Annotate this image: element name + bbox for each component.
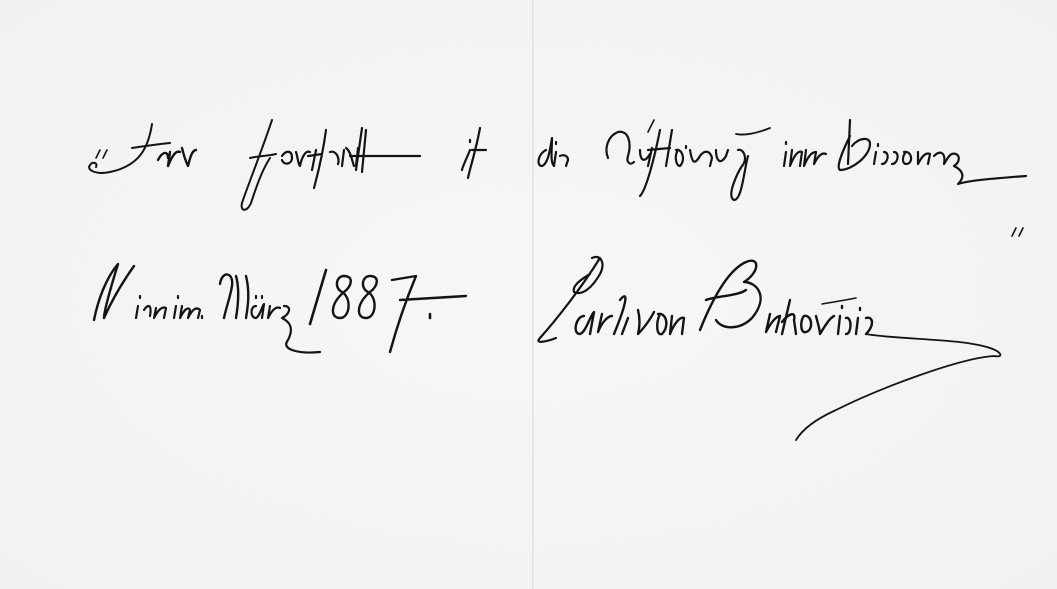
signature-handwriting [538, 257, 1000, 440]
handwriting-ink [0, 0, 1057, 589]
quote-handwriting [89, 120, 1026, 236]
place-date-handwriting [94, 264, 466, 353]
paper-sheet: "Jeder Fortschritt ist die Auflösung ein… [0, 0, 1057, 589]
